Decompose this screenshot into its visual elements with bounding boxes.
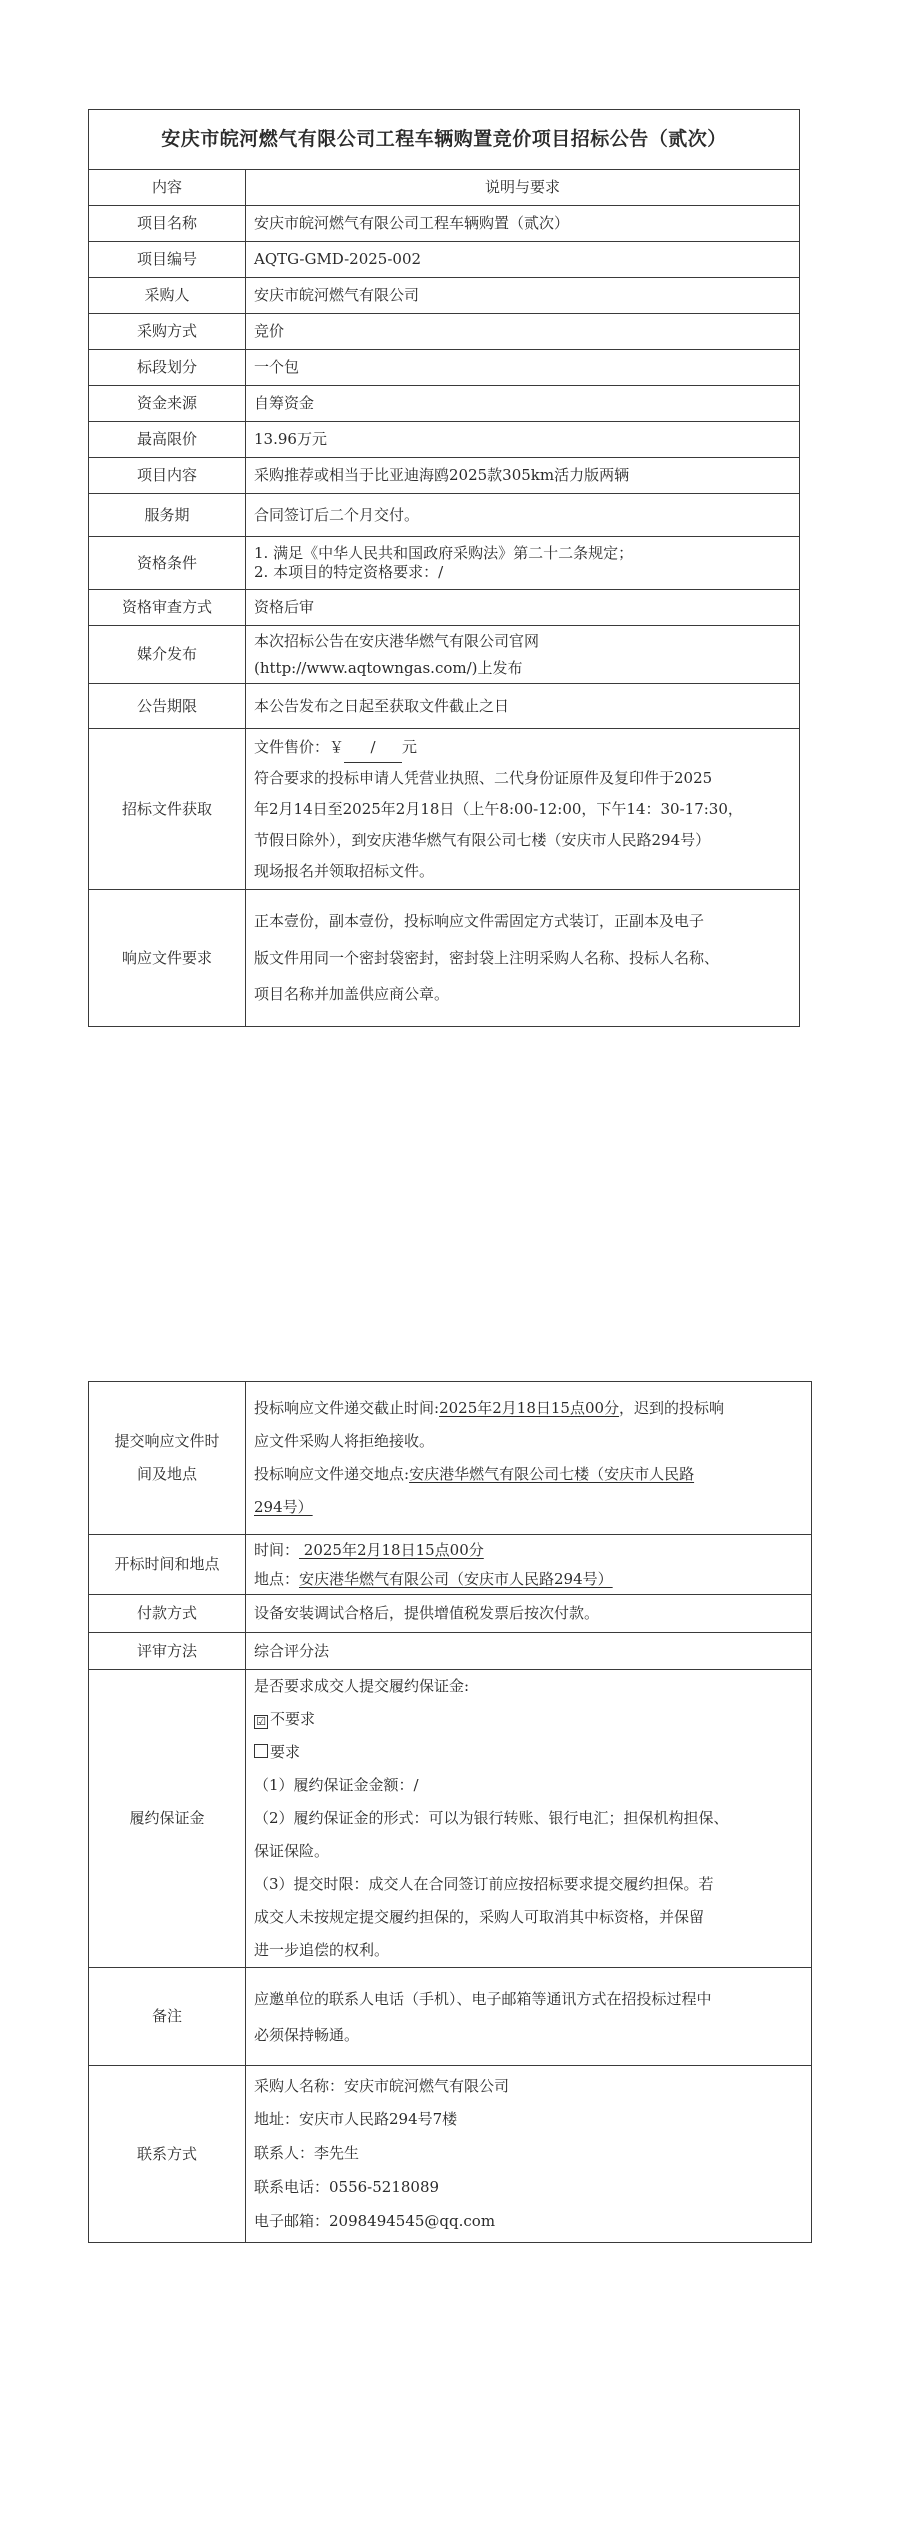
row-label-service-period: 服务期: [89, 494, 246, 537]
deadline-value: 2025年2月18日15点00分: [439, 1399, 619, 1417]
doc-acquisition-value: 文件售价：￥/元 符合要求的投标申请人凭营业执照、二代身份证原件及复印件于202…: [246, 729, 800, 890]
media-line-1: 本次招标公告在安庆港华燃气有限公司官网: [254, 628, 791, 654]
doc-price-prefix: 文件售价：￥: [254, 738, 344, 756]
table-row: 服务期 合同签订后二个月交付。: [89, 494, 800, 537]
service-period-value: 合同签订后二个月交付。: [246, 494, 800, 537]
doc-price-suffix: 元: [402, 738, 417, 756]
row-label-submission: 提交响应文件时 间及地点: [89, 1382, 246, 1535]
payment-value: 设备安装调试合格后，提供增值税发票后按次付款。: [246, 1595, 812, 1633]
table-row: 开标时间和地点 时间： 2025年2月18日15点00分 地点：安庆港华燃气有限…: [89, 1535, 812, 1595]
row-label-evaluation: 评审方法: [89, 1633, 246, 1670]
table-row: 最高限价 13.96万元: [89, 422, 800, 458]
opening-time-value: 2025年2月18日15点00分: [299, 1541, 484, 1559]
qualification-review-value: 资格后审: [246, 590, 800, 626]
row-label-media: 媒介发布: [89, 626, 246, 684]
bond-line-5: 成交人未按规定提交履约担保的，采购人可取消其中标资格，并保留: [254, 1901, 803, 1934]
checkbox-checked-icon[interactable]: ☑: [254, 1715, 268, 1729]
bond-line-3: 保证保险。: [254, 1835, 803, 1868]
header-content: 内容: [89, 170, 246, 206]
evaluation-value: 综合评分法: [246, 1633, 812, 1670]
contact-address: 地址：安庆市人民路294号7楼: [254, 2103, 803, 2137]
row-label-content: 项目内容: [89, 458, 246, 494]
response-line-2: 版文件用同一个密封袋密封，密封袋上注明采购人名称、投标人名称、: [254, 940, 791, 977]
qualification-value: 1. 满足《中华人民共和国政府采购法》第二十二条规定； 2. 本项目的特定资格要…: [246, 537, 800, 590]
opening-place-prefix: 地点：: [254, 1570, 299, 1588]
contact-person: 联系人：李先生: [254, 2137, 803, 2171]
row-label-contact: 联系方式: [89, 2066, 246, 2243]
doc-acquisition-line-2: 年2月14日至2025年2月18日（上午8:00-12:00，下午14：30-1…: [254, 794, 791, 825]
contact-email[interactable]: 电子邮箱：2098494545@qq.com: [254, 2205, 803, 2239]
doc-price-blank: /: [344, 732, 402, 764]
response-line-1: 正本壹份，副本壹份，投标响应文件需固定方式装订，正副本及电子: [254, 903, 791, 940]
table-row: 响应文件要求 正本壹份，副本壹份，投标响应文件需固定方式装订，正副本及电子 版文…: [89, 890, 800, 1027]
lots-value: 一个包: [246, 350, 800, 386]
place-value-1: 安庆港华燃气有限公司七楼（安庆市人民路: [409, 1465, 694, 1483]
contact-purchaser-name: 采购人名称：安庆市皖河燃气有限公司: [254, 2070, 803, 2104]
table-row: 招标文件获取 文件售价：￥/元 符合要求的投标申请人凭营业执照、二代身份证原件及…: [89, 729, 800, 890]
max-price-value: 13.96万元: [246, 422, 800, 458]
media-value: 本次招标公告在安庆港华燃气有限公司官网 (http://www.aqtownga…: [246, 626, 800, 684]
response-line-3: 项目名称并加盖供应商公章。: [254, 976, 791, 1013]
row-label-qualification-review: 资格审查方式: [89, 590, 246, 626]
announcement-table-part1: 安庆市皖河燃气有限公司工程车辆购置竞价项目招标公告（贰次） 内容 说明与要求 项…: [88, 109, 800, 1027]
row-label-procurement-method: 采购方式: [89, 314, 246, 350]
doc-acquisition-line-3: 节假日除外），到安庆港华燃气有限公司七楼（安庆市人民路294号）: [254, 825, 791, 856]
row-label-purchaser: 采购人: [89, 278, 246, 314]
submission-place-line: 投标响应文件递交地点:安庆港华燃气有限公司七楼（安庆市人民路: [254, 1458, 803, 1491]
submission-label-line-2: 间及地点: [97, 1458, 237, 1491]
submission-value: 投标响应文件递交截止时间:2025年2月18日15点00分，迟到的投标响 应文件…: [246, 1382, 812, 1535]
opening-place-line: 地点：安庆港华燃气有限公司（安庆市人民路294号）: [254, 1565, 803, 1594]
row-label-max-price: 最高限价: [89, 422, 246, 458]
remarks-line-2: 必须保持畅通。: [254, 2017, 803, 2053]
place-value-2: 294号）: [254, 1498, 313, 1516]
table-row: 项目名称 安庆市皖河燃气有限公司工程车辆购置（贰次）: [89, 206, 800, 242]
opening-time-line: 时间： 2025年2月18日15点00分: [254, 1536, 803, 1565]
table-row: 备注 应邀单位的联系人电话（手机）、电子邮箱等通讯方式在招投标过程中 必须保持畅…: [89, 1968, 812, 2066]
row-label-qualification: 资格条件: [89, 537, 246, 590]
table-row: 项目内容 采购推荐或相当于比亚迪海鸥2025款305km活力版两辆: [89, 458, 800, 494]
contact-phone[interactable]: 联系电话：0556-5218089: [254, 2171, 803, 2205]
row-label-response-requirements: 响应文件要求: [89, 890, 246, 1027]
doc-price-line: 文件售价：￥/元: [254, 732, 791, 764]
row-label-project-name: 项目名称: [89, 206, 246, 242]
bond-option-not-required[interactable]: ☑不要求: [254, 1703, 803, 1736]
row-label-performance-bond: 履约保证金: [89, 1670, 246, 1968]
project-name-value: 安庆市皖河燃气有限公司工程车辆购置（贰次）: [246, 206, 800, 242]
table-row: 项目编号 AQTG-GMD-2025-002: [89, 242, 800, 278]
row-label-funding: 资金来源: [89, 386, 246, 422]
response-requirements-value: 正本壹份，副本壹份，投标响应文件需固定方式装订，正副本及电子 版文件用同一个密封…: [246, 890, 800, 1027]
purchaser-value: 安庆市皖河燃气有限公司: [246, 278, 800, 314]
deadline-line-2: 应文件采购人将拒绝接收。: [254, 1425, 803, 1458]
opening-place-value: 安庆港华燃气有限公司（安庆市人民路294号）: [299, 1570, 613, 1588]
contact-value: 采购人名称：安庆市皖河燃气有限公司 地址：安庆市人民路294号7楼 联系人：李先…: [246, 2066, 812, 2243]
announcement-table-part2: 提交响应文件时 间及地点 投标响应文件递交截止时间:2025年2月18日15点0…: [88, 1381, 812, 2243]
remarks-value: 应邀单位的联系人电话（手机）、电子邮箱等通讯方式在招投标过程中 必须保持畅通。: [246, 1968, 812, 2066]
header-description: 说明与要求: [246, 170, 800, 206]
table-row: 媒介发布 本次招标公告在安庆港华燃气有限公司官网 (http://www.aqt…: [89, 626, 800, 684]
table-row: 标段划分 一个包: [89, 350, 800, 386]
table-row: 资金来源 自筹资金: [89, 386, 800, 422]
checkbox-unchecked-icon[interactable]: [254, 1744, 268, 1758]
project-number-value: AQTG-GMD-2025-002: [246, 242, 800, 278]
bond-question: 是否要求成交人提交履约保证金:: [254, 1670, 803, 1703]
doc-acquisition-line-4: 现场报名并领取招标文件。: [254, 856, 791, 887]
media-line-2-link[interactable]: (http://www.aqtowngas.com/)上发布: [254, 655, 791, 681]
submission-deadline-line: 投标响应文件递交截止时间:2025年2月18日15点00分，迟到的投标响: [254, 1392, 803, 1425]
bond-line-1: （1）履约保证金金额：/: [254, 1769, 803, 1802]
table-row: 履约保证金 是否要求成交人提交履约保证金: ☑不要求 要求 （1）履约保证金金额…: [89, 1670, 812, 1968]
document-title: 安庆市皖河燃气有限公司工程车辆购置竞价项目招标公告（贰次）: [89, 110, 800, 170]
table-row: 付款方式 设备安装调试合格后，提供增值税发票后按次付款。: [89, 1595, 812, 1633]
table-row: 采购人 安庆市皖河燃气有限公司: [89, 278, 800, 314]
bond-line-2: （2）履约保证金的形式：可以为银行转账、银行电汇；担保机构担保、: [254, 1802, 803, 1835]
row-label-opening: 开标时间和地点: [89, 1535, 246, 1595]
content-value: 采购推荐或相当于比亚迪海鸥2025款305km活力版两辆: [246, 458, 800, 494]
table-row: 联系方式 采购人名称：安庆市皖河燃气有限公司 地址：安庆市人民路294号7楼 联…: [89, 2066, 812, 2243]
doc-acquisition-line-1: 符合要求的投标申请人凭营业执照、二代身份证原件及复印件于2025: [254, 763, 791, 794]
deadline-prefix: 投标响应文件递交截止时间:: [254, 1399, 439, 1417]
bond-line-6: 进一步追偿的权利。: [254, 1934, 803, 1967]
row-label-doc-acquisition: 招标文件获取: [89, 729, 246, 890]
opening-time-prefix: 时间：: [254, 1541, 299, 1559]
bond-required-label: 要求: [270, 1743, 300, 1761]
opening-value: 时间： 2025年2月18日15点00分 地点：安庆港华燃气有限公司（安庆市人民…: [246, 1535, 812, 1595]
qualification-line-2: 2. 本项目的特定资格要求：/: [254, 563, 791, 582]
bond-not-required-label: 不要求: [270, 1710, 315, 1728]
row-label-lots: 标段划分: [89, 350, 246, 386]
place-prefix: 投标响应文件递交地点:: [254, 1465, 409, 1483]
remarks-line-1: 应邀单位的联系人电话（手机）、电子邮箱等通讯方式在招投标过程中: [254, 1981, 803, 2017]
qualification-line-1: 1. 满足《中华人民共和国政府采购法》第二十二条规定；: [254, 544, 791, 563]
row-label-payment: 付款方式: [89, 1595, 246, 1633]
table-row: 提交响应文件时 间及地点 投标响应文件递交截止时间:2025年2月18日15点0…: [89, 1382, 812, 1535]
table-row: 资格条件 1. 满足《中华人民共和国政府采购法》第二十二条规定； 2. 本项目的…: [89, 537, 800, 590]
deadline-suffix: ，迟到的投标响: [619, 1399, 724, 1417]
submission-place-line-2: 294号）: [254, 1491, 803, 1524]
table-row: 公告期限 本公告发布之日起至获取文件截止之日: [89, 684, 800, 729]
table-row: 评审方法 综合评分法: [89, 1633, 812, 1670]
performance-bond-value: 是否要求成交人提交履约保证金: ☑不要求 要求 （1）履约保证金金额：/ （2）…: [246, 1670, 812, 1968]
submission-label-line-1: 提交响应文件时: [97, 1425, 237, 1458]
table-row: 资格审查方式 资格后审: [89, 590, 800, 626]
funding-value: 自筹资金: [246, 386, 800, 422]
bond-option-required[interactable]: 要求: [254, 1736, 803, 1769]
procurement-method-value: 竞价: [246, 314, 800, 350]
bond-line-4: （3）提交时限：成交人在合同签订前应按招标要求提交履约担保。若: [254, 1868, 803, 1901]
row-label-project-number: 项目编号: [89, 242, 246, 278]
row-label-remarks: 备注: [89, 1968, 246, 2066]
table-row: 采购方式 竞价: [89, 314, 800, 350]
row-label-announcement-period: 公告期限: [89, 684, 246, 729]
announcement-period-value: 本公告发布之日起至获取文件截止之日: [246, 684, 800, 729]
